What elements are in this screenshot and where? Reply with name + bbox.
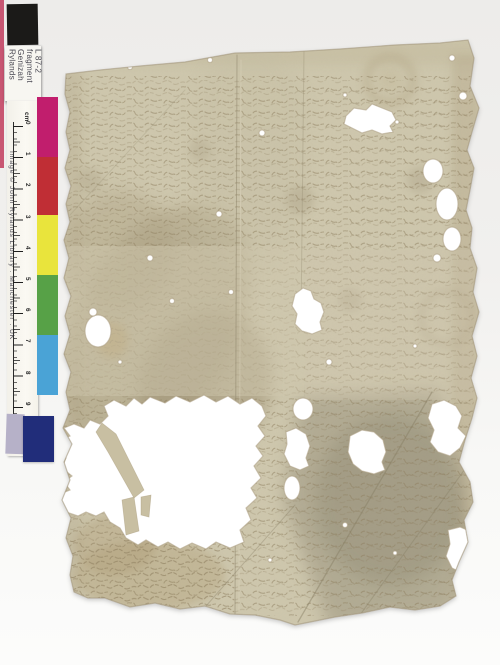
specimen-label: Rylands Genizah fragment L 87-2 xyxy=(5,46,41,101)
label-line-series: Genizah xyxy=(16,49,25,101)
ruler-ticks-cm xyxy=(13,126,23,440)
label-line-collection: Rylands xyxy=(7,49,16,101)
color-patch-green xyxy=(37,275,58,335)
label-line-type: fragment xyxy=(24,49,33,101)
ruler-number-0: 0 xyxy=(24,121,31,125)
color-patch-magenta xyxy=(37,97,58,157)
ruler-number-5: 5 xyxy=(24,277,31,281)
paper-grain xyxy=(55,35,485,635)
ruler-unit-label: cm xyxy=(23,112,30,121)
ruler-number-9: 9 xyxy=(24,402,31,406)
color-patch-yellow xyxy=(37,215,58,275)
color-patch-red-sliver xyxy=(0,0,4,168)
ruler-number-8: 8 xyxy=(24,371,31,375)
color-patch-navy xyxy=(23,416,54,462)
ruler-number-7: 7 xyxy=(24,339,31,343)
cm-ruler: Image © John Rylands Library . Mancheste… xyxy=(7,101,38,456)
label-line-shelfmark: L 87-2 xyxy=(33,49,42,101)
digitized-manuscript-page: { "page": { "background_top": "#edecea",… xyxy=(0,0,500,665)
ruler-number-3: 3 xyxy=(24,215,31,219)
color-patch-black xyxy=(7,4,39,46)
ruler-number-6: 6 xyxy=(24,308,31,312)
color-patch-lavender xyxy=(5,414,24,455)
manuscript-fragment-image xyxy=(0,0,500,665)
ruler-number-2: 2 xyxy=(24,183,31,187)
ruler-number-1: 1 xyxy=(24,152,31,156)
color-patch-sky-blue xyxy=(37,335,58,395)
color-patch-red xyxy=(37,157,58,215)
ruler-number-4: 4 xyxy=(24,246,31,250)
